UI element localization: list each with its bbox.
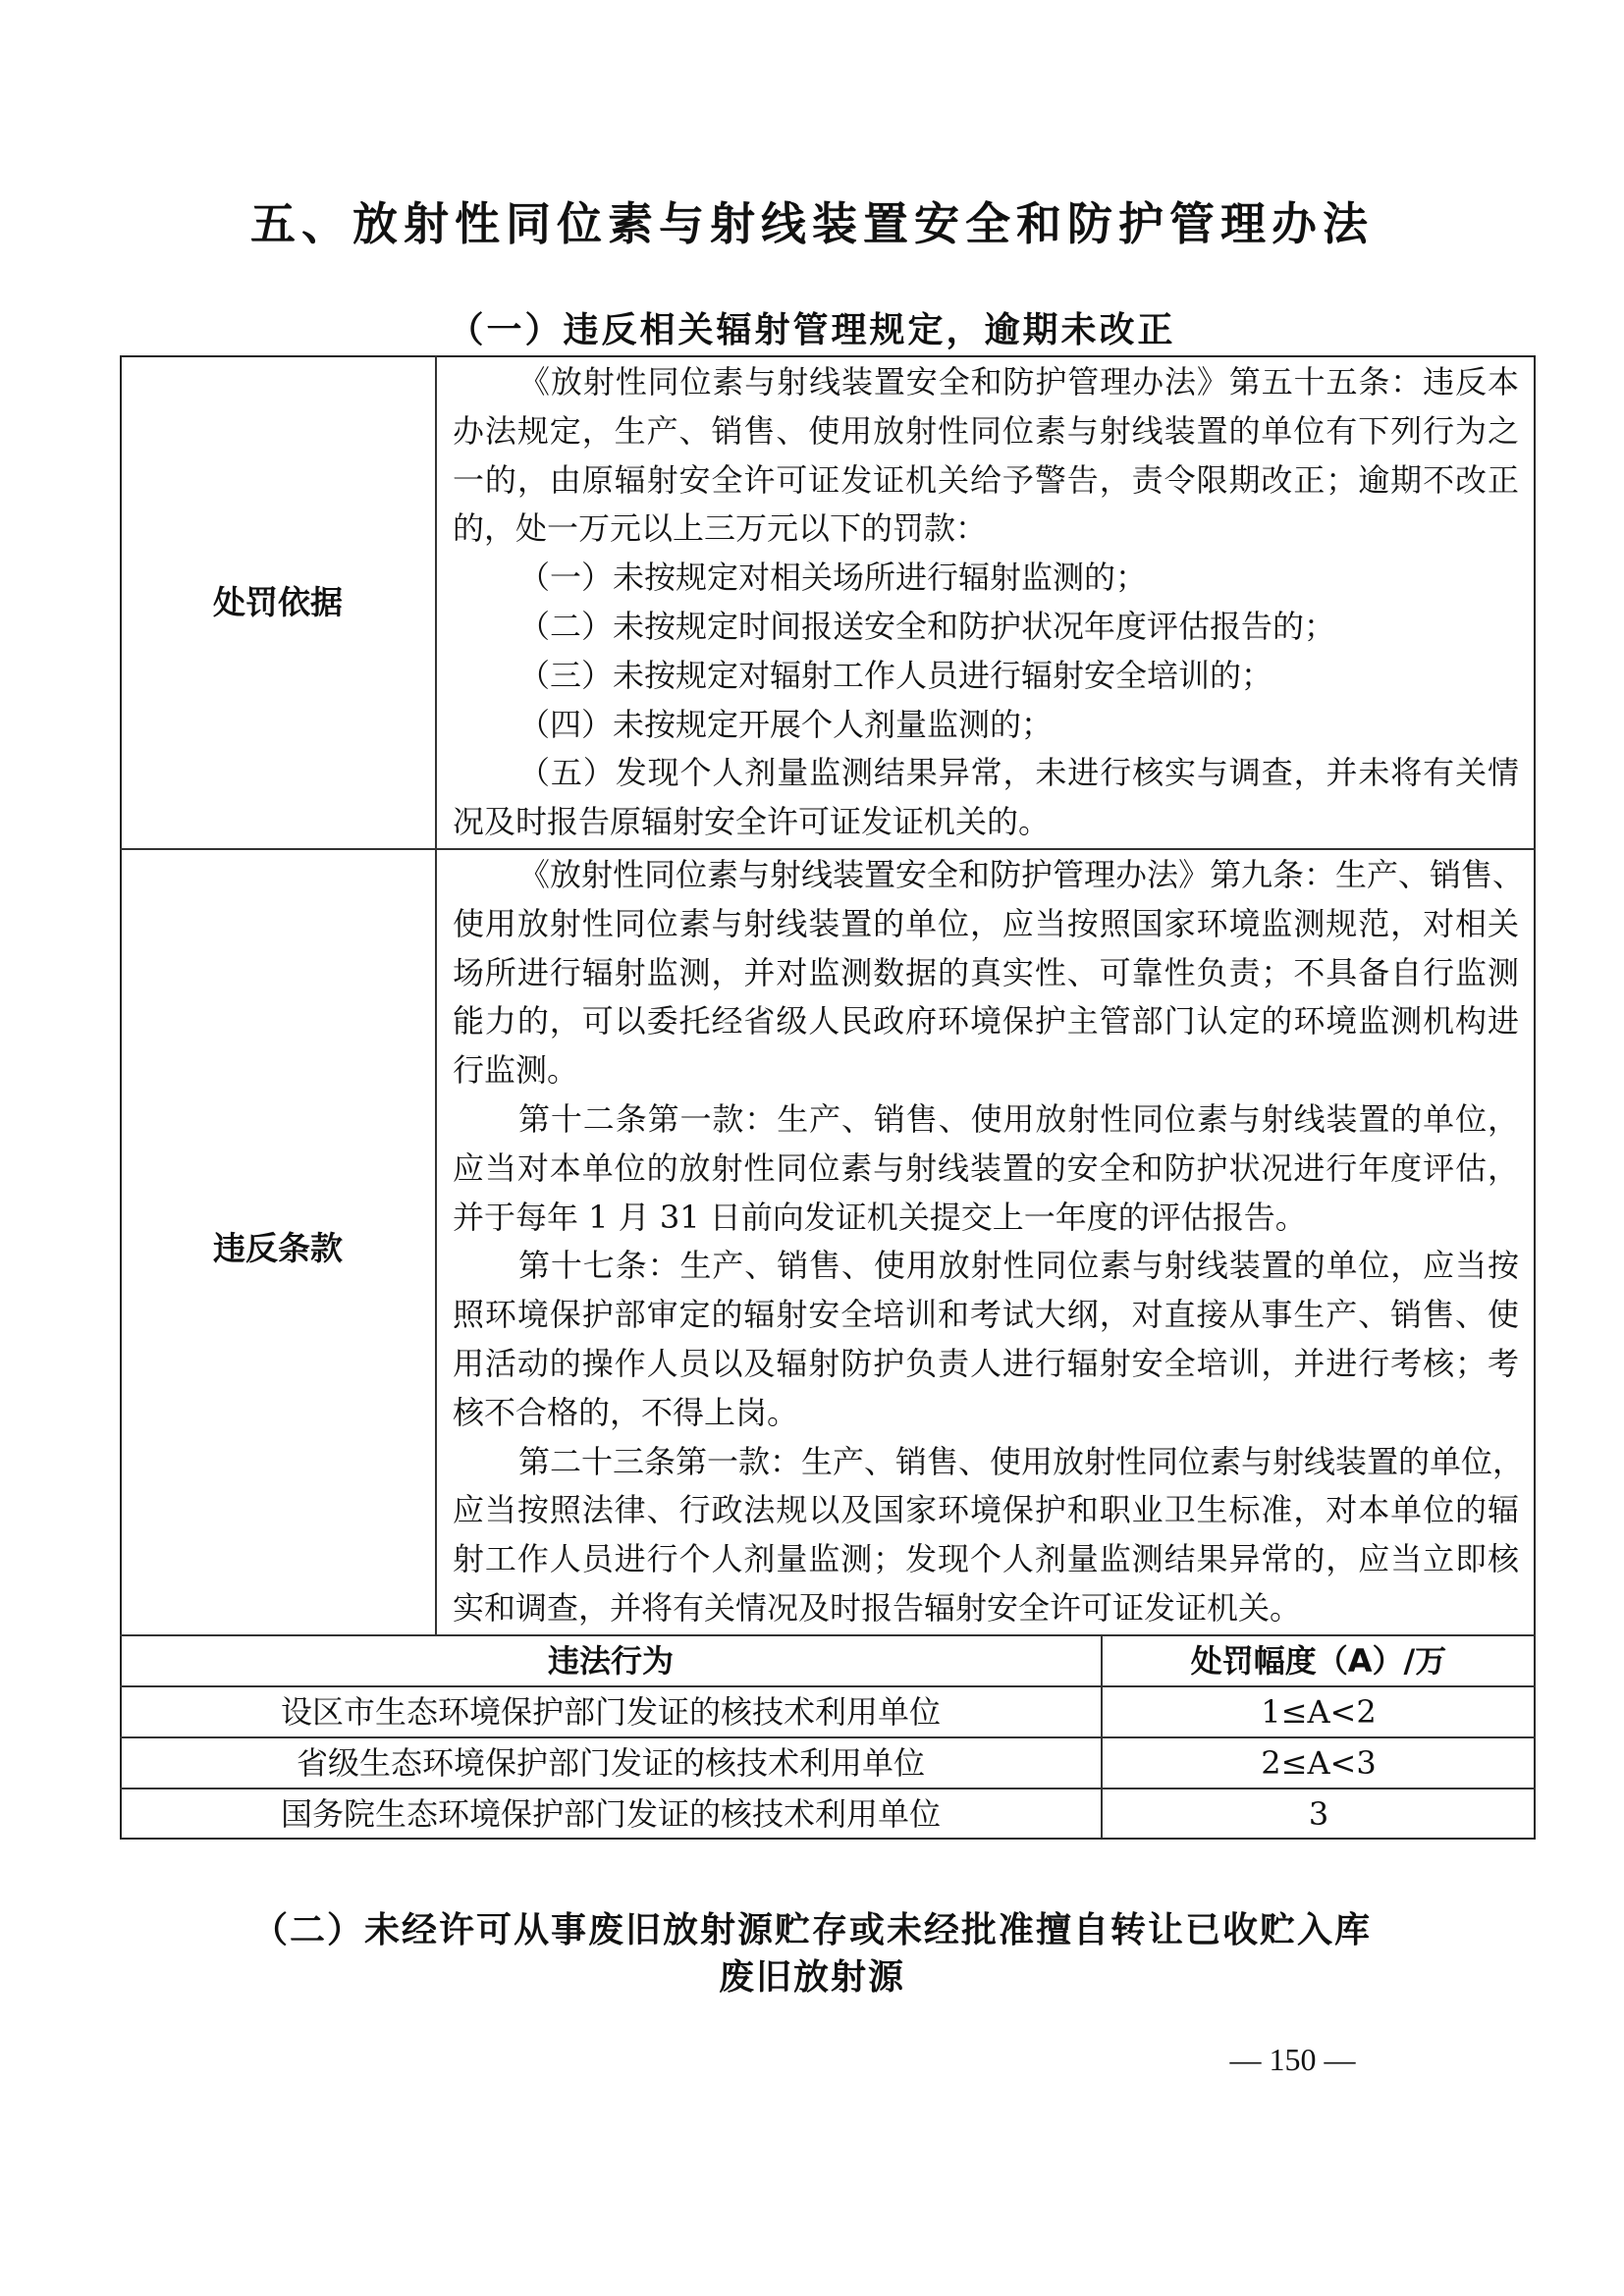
text-line: 办法规定，生产、销售、使用放射性同位素与射线装置的单位有下列行为之 (453, 407, 1519, 456)
text-line: 并于每年 1 月 31 日前向发证机关提交上一年度的评估报告。 (453, 1194, 1519, 1243)
penalty-basis-text: 《放射性同位素与射线装置安全和防护管理办法》第五十五条：违反本 办法规定，生产、… (453, 358, 1519, 847)
section-heading-1: （一）违反相关辐射管理规定，逾期未改正 (0, 306, 1624, 355)
violation-cell: 省级生态环境保护部门发证的核技术利用单位 (120, 1737, 1102, 1789)
row-divider (120, 848, 1536, 850)
page-number: — 150 — (1207, 2040, 1379, 2079)
text-line: （四）未按规定开展个人剂量监测的； (453, 701, 1519, 750)
text-line: 使用放射性同位素与射线装置的单位，应当按照国家环境监测规范，对相关 (453, 900, 1519, 949)
text-line: 应当对本单位的放射性同位素与射线装置的安全和防护状况进行年度评估， (453, 1145, 1519, 1194)
text-line: 的，处一万元以上三万元以下的罚款： (453, 505, 1519, 554)
text-line: 照环境保护部审定的辐射安全培训和考试大纲，对直接从事生产、销售、使 (453, 1291, 1519, 1340)
column-divider (435, 355, 437, 1635)
text-line: 应当按照法律、行政法规以及国家环境保护和职业卫生标准，对本单位的辐 (453, 1486, 1519, 1535)
penalty-range-cell: 1≤A<2 (1102, 1686, 1536, 1737)
page-title: 五、放射性同位素与射线装置安全和防护管理办法 (0, 194, 1624, 253)
text-line: 第二十三条第一款：生产、销售、使用放射性同位素与射线装置的单位， (453, 1438, 1519, 1487)
text-line: 《放射性同位素与射线装置安全和防护管理办法》第九条：生产、销售、 (453, 851, 1519, 900)
text-line: （五）发现个人剂量监测结果异常，未进行核实与调查，并未将有关情 (453, 749, 1519, 798)
text-line: 用活动的操作人员以及辐射防护负责人进行辐射安全培训，并进行考核；考 (453, 1340, 1519, 1389)
penalty-range-cell: 2≤A<3 (1102, 1737, 1536, 1789)
text-line: 实和调查，并将有关情况及时报告辐射安全许可证发证机关。 (453, 1584, 1519, 1633)
violation-cell: 设区市生态环境保护部门发证的核技术利用单位 (120, 1686, 1102, 1737)
text-line: 《放射性同位素与射线装置安全和防护管理办法》第五十五条：违反本 (453, 358, 1519, 407)
text-line: 一的，由原辐射安全许可证发证机关给予警告，责令限期改正；逾期不改正 (453, 456, 1519, 506)
row-label-violated-clauses: 违反条款 (120, 1229, 436, 1268)
violated-clauses-text: 《放射性同位素与射线装置安全和防护管理办法》第九条：生产、销售、 使用放射性同位… (453, 851, 1519, 1633)
text-line: 射工作人员进行个人剂量监测；发现个人剂量监测结果异常的，应当立即核 (453, 1535, 1519, 1584)
text-line: （一）未按规定对相关场所进行辐射监测的； (453, 554, 1519, 603)
penalty-range-cell: 3 (1102, 1789, 1536, 1840)
text-line: 行监测。 (453, 1046, 1519, 1095)
text-line: 能力的，可以委托经省级人民政府环境保护主管部门认定的环境监测机构进 (453, 997, 1519, 1046)
text-line: 第十二条第一款：生产、销售、使用放射性同位素与射线装置的单位， (453, 1095, 1519, 1145)
header-violation: 违法行为 (120, 1635, 1102, 1686)
row-label-penalty-basis: 处罚依据 (120, 583, 436, 622)
violation-cell: 国务院生态环境保护部门发证的核技术利用单位 (120, 1789, 1102, 1840)
section-heading-2-line1: （二）未经许可从事废旧放射源贮存或未经批准擅自转让已收贮入库 (0, 1906, 1624, 1955)
text-line: （二）未按规定时间报送安全和防护状况年度评估报告的； (453, 603, 1519, 652)
text-line: （三）未按规定对辐射工作人员进行辐射安全培训的； (453, 652, 1519, 701)
text-line: 场所进行辐射监测，并对监测数据的真实性、可靠性负责；不具备自行监测 (453, 949, 1519, 998)
text-line: 核不合格的，不得上岗。 (453, 1389, 1519, 1438)
text-line: 况及时报告原辐射安全许可证发证机关的。 (453, 798, 1519, 847)
header-penalty-range: 处罚幅度（A）/万 (1102, 1635, 1536, 1686)
section-heading-2-line2: 废旧放射源 (0, 1953, 1624, 2002)
text-line: 第十七条：生产、销售、使用放射性同位素与射线装置的单位，应当按 (453, 1242, 1519, 1291)
